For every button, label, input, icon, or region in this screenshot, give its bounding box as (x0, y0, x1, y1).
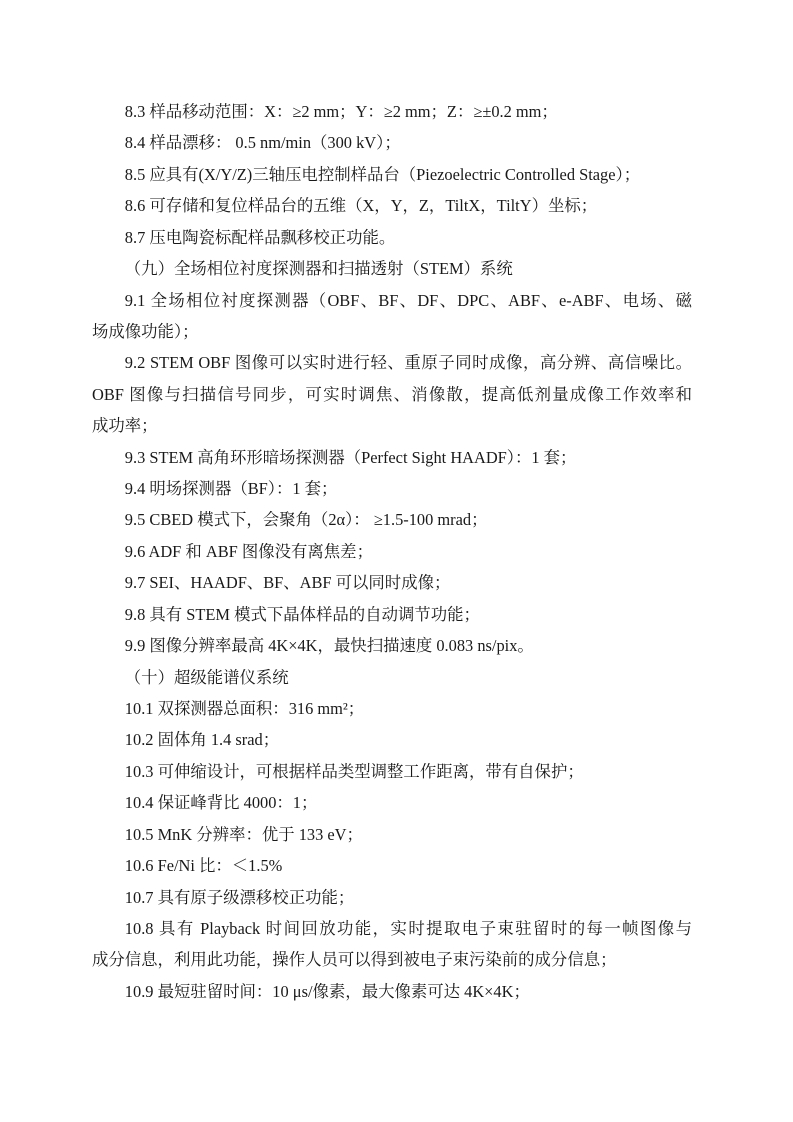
document-line: 10.8 具有 Playback 时间回放功能，实时提取电子束驻留时的每一帧图像… (92, 913, 692, 944)
document-line: OBF 图像与扫描信号同步，可实时调焦、消像散，提高低剂量成像工作效率和 (92, 379, 692, 410)
document-line: 10.7 具有原子级漂移校正功能； (92, 882, 692, 913)
document-line: 成分信息，利用此功能，操作人员可以得到被电子束污染前的成分信息； (92, 944, 692, 975)
document-line: （十）超级能谱仪系统 (92, 662, 692, 693)
document-line: 10.2 固体角 1.4 srad； (92, 724, 692, 755)
document-line: 9.5 CBED 模式下，会聚角（2α）： ≥1.5-100 mrad； (92, 504, 692, 535)
document-line: 9.2 STEM OBF 图像可以实时进行轻、重原子同时成像，高分辨、高信噪比。 (92, 347, 692, 378)
document-line: 场成像功能）； (92, 316, 692, 347)
document-line: 9.7 SEI、HAADF、BF、ABF 可以同时成像； (92, 567, 692, 598)
document-line: 8.6 可存储和复位样品台的五维（X，Y，Z，TiltX，TiltY）坐标； (92, 190, 692, 221)
document-line: （九）全场相位衬度探测器和扫描透射（STEM）系统 (92, 253, 692, 284)
document-line: 9.4 明场探测器（BF）：1 套； (92, 473, 692, 504)
document-line: 9.8 具有 STEM 模式下晶体样品的自动调节功能； (92, 599, 692, 630)
document-line: 10.1 双探测器总面积：316 mm²； (92, 693, 692, 724)
document-line: 10.6 Fe/Ni 比：＜1.5% (92, 850, 692, 881)
document-line: 8.4 样品漂移： 0.5 nm/min（300 kV）； (92, 127, 692, 158)
document-line: 8.7 压电陶瓷标配样品飘移校正功能。 (92, 222, 692, 253)
document-body: 8.3 样品移动范围：X：≥2 mm；Y：≥2 mm；Z：≥±0.2 mm；8.… (92, 96, 692, 1007)
document-line: 10.5 MnK 分辨率：优于 133 eV； (92, 819, 692, 850)
document-page: 8.3 样品移动范围：X：≥2 mm；Y：≥2 mm；Z：≥±0.2 mm；8.… (0, 0, 793, 1122)
document-line: 10.4 保证峰背比 4000：1； (92, 787, 692, 818)
document-line: 10.3 可伸缩设计，可根据样品类型调整工作距离，带有自保护； (92, 756, 692, 787)
document-line: 9.9 图像分辨率最高 4K×4K，最快扫描速度 0.083 ns/pix。 (92, 630, 692, 661)
document-line: 8.5 应具有(X/Y/Z)三轴压电控制样品台（Piezoelectric Co… (92, 159, 692, 190)
document-line: 9.3 STEM 高角环形暗场探测器（Perfect Sight HAADF）：… (92, 442, 692, 473)
document-line: 10.9 最短驻留时间：10 μs/像素，最大像素可达 4K×4K； (92, 976, 692, 1007)
document-line: 8.3 样品移动范围：X：≥2 mm；Y：≥2 mm；Z：≥±0.2 mm； (92, 96, 692, 127)
document-line: 成功率； (92, 410, 692, 441)
document-line: 9.6 ADF 和 ABF 图像没有离焦差； (92, 536, 692, 567)
document-line: 9.1 全场相位衬度探测器（OBF、BF、DF、DPC、ABF、e-ABF、电场… (92, 285, 692, 316)
